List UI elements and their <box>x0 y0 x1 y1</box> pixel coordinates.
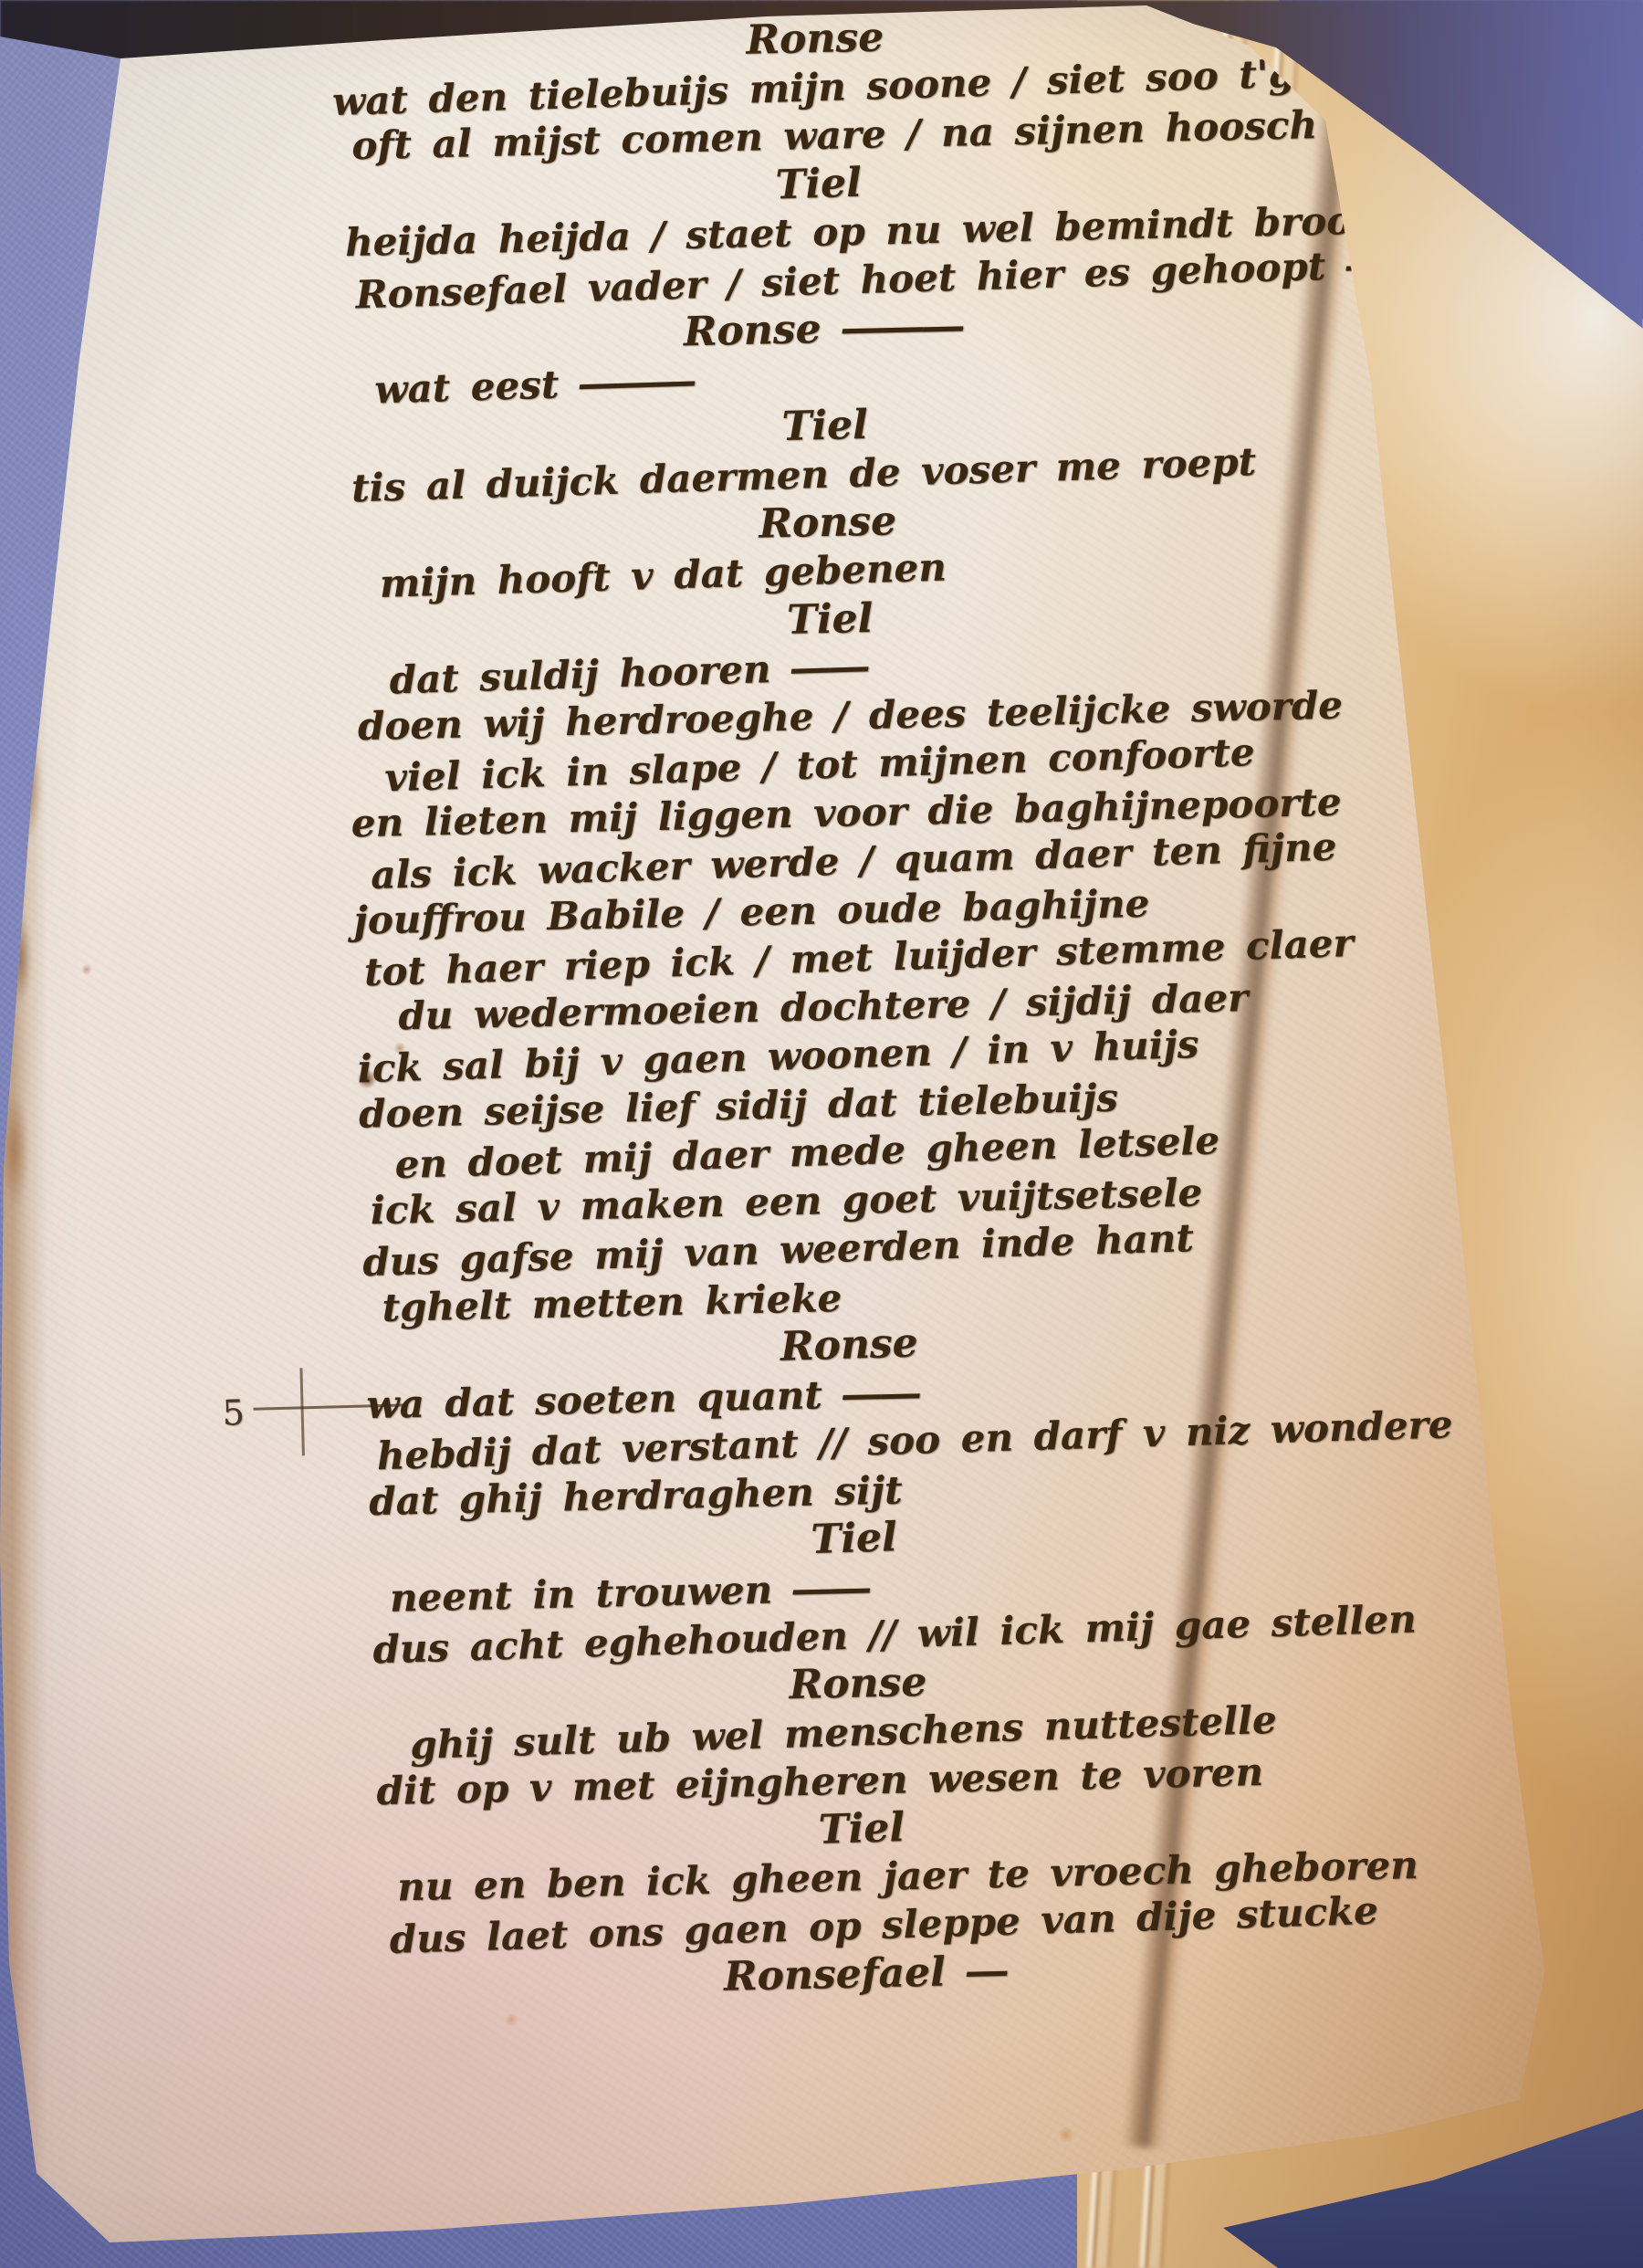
line-text: Tiel <box>811 1513 898 1564</box>
line-text: Ronse <box>759 497 897 548</box>
line-text: Tiel <box>787 594 874 645</box>
line-text: Tiel <box>819 1803 906 1854</box>
line-text: Ronse <box>780 1318 918 1370</box>
line-text: Ronse <box>746 13 884 64</box>
manuscript-photo: Ronsewat den tielebuijs mijn soone / sie… <box>0 0 1643 2268</box>
line-text: Ronse <box>789 1658 927 1709</box>
line-text: Ronse ――― <box>683 302 963 357</box>
line-text: Tiel <box>775 159 863 210</box>
line-text: Tiel <box>781 401 868 451</box>
line-text: Ronsefael ― <box>724 1947 1008 2001</box>
margin-number: 5 <box>222 1389 246 1438</box>
line-text: wat eest ――― <box>374 356 696 414</box>
